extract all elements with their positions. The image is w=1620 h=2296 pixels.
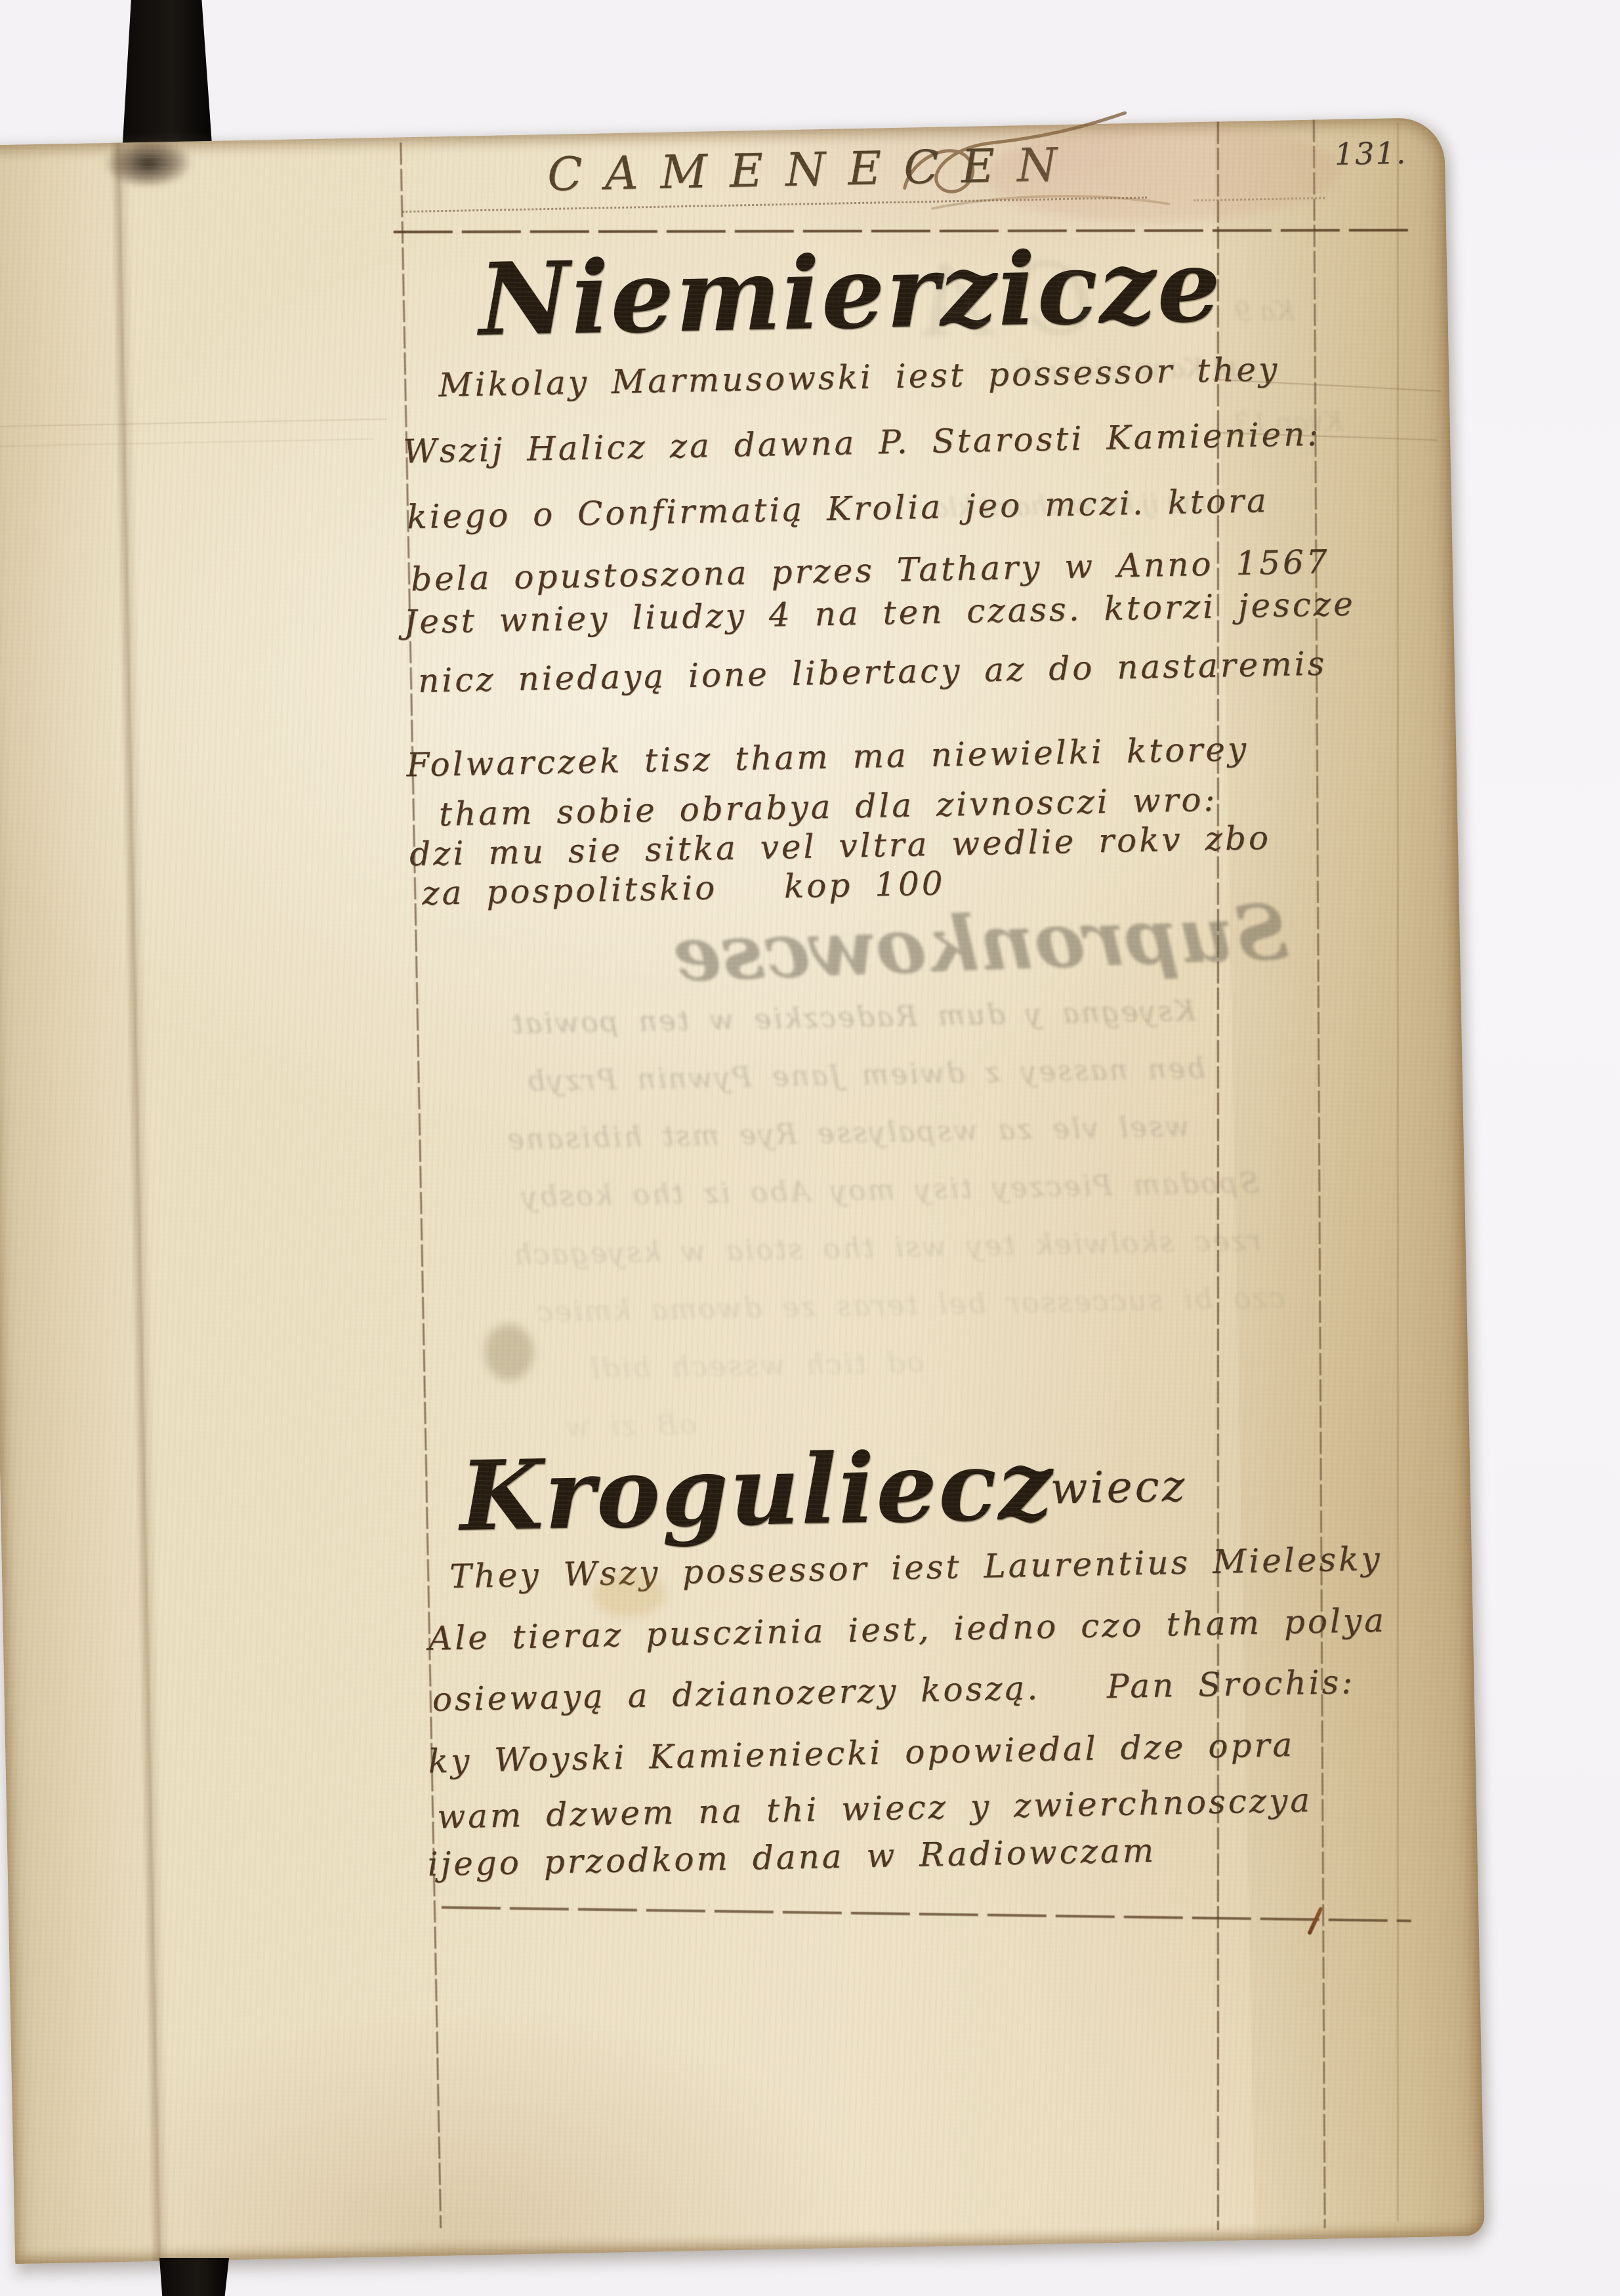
body-line: Folwarczek tisz tham ma niewielki ktorey (406, 730, 1249, 785)
bleedthrough-line: wsel vle za wspalysse Rye mst hibisane (505, 1111, 1190, 1157)
bleedthrough-snippet: Ka 9 (1234, 296, 1295, 327)
bookmark-ribbon-bottom (159, 2258, 229, 2296)
yellow-stain (592, 1570, 665, 1618)
gutter-fold-shadow (110, 142, 170, 2261)
section-2-heading-suffix: wiecz (1050, 1461, 1188, 1514)
body-line: wam dzwem na thi wiecz y zwierchnosczya (437, 1781, 1313, 1836)
bleedthrough-line: czo bi successor bel teras ze dwoma kmie… (535, 1282, 1285, 1329)
body-line: Ale tieraz pusczinia iest, iedno czo tha… (428, 1601, 1386, 1658)
bleedthrough-line: Ksyegna y dum Radeczkie w ten powiat (510, 994, 1196, 1040)
paper-crease (0, 419, 386, 428)
ink-smudge-stain (484, 1324, 534, 1381)
paper-crease (0, 438, 374, 447)
body-line: ijego przodkom dana w Radiowczam (427, 1832, 1157, 1883)
bleedthrough-line: Spodam Pieczey tisy moy Abo iz tho kosby (520, 1167, 1260, 1214)
body-line: nicz niedayą ione libertacy az do nastar… (417, 644, 1327, 700)
bleedthrough-snippet: C A (915, 242, 1094, 359)
section-1-heading: Niemierzicze (478, 226, 1223, 358)
bleedthrough-line: od tich wssech bidl (589, 1346, 924, 1385)
bleedthrough-snippet: pi Ka w ssiczu ib (1016, 352, 1239, 386)
section-2-heading: Kroguliecz (459, 1429, 1054, 1553)
body-line: ky Woyski Kamieniecki opowiedal dze opra (428, 1726, 1295, 1780)
body-line: Wszij Halicz za dawna P. Starosti Kamien… (403, 415, 1321, 470)
folio-number: 131. (1334, 135, 1407, 172)
page-edge-shade-line (1397, 122, 1399, 2221)
manuscript-scan: 131. CAMENECEN Niemierzicze Mikolay Marm… (0, 0, 1620, 2296)
bleedthrough-snippet: ma ij ko wsthami kla (933, 488, 1208, 523)
bookmark-ribbon-top (122, 0, 213, 154)
bleedthrough-line: rzec skolwiek tey wsi tho stoia w ksyega… (511, 1224, 1262, 1271)
manuscript-page: 131. CAMENECEN Niemierzicze Mikolay Marm… (0, 117, 1485, 2264)
bleedthrough-line: ben nassey z dwiem Jane Pywnin Przyb (525, 1052, 1205, 1098)
